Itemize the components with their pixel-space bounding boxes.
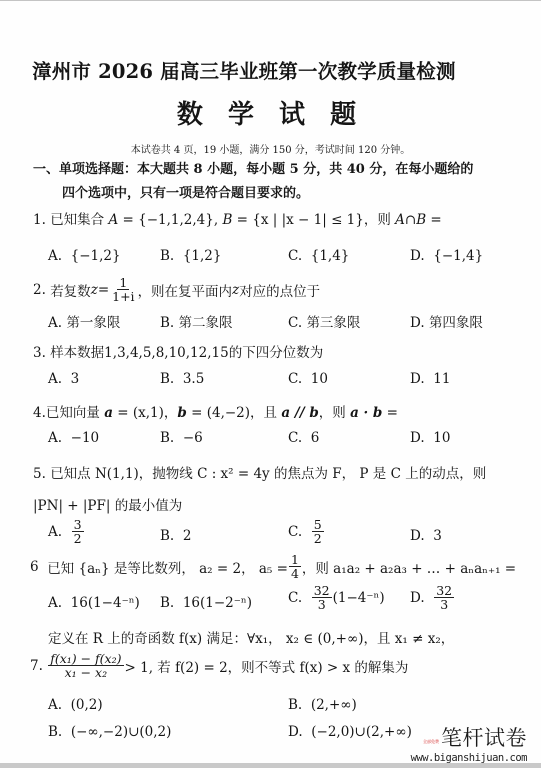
option-text: 10: [433, 430, 450, 446]
set-a-value: = {−1,1,2,4},: [123, 212, 223, 228]
bottom-border: [0, 763, 541, 768]
denominator: 2: [72, 532, 84, 545]
set-b-value: = {x | |x − 1| ≤ 1}: [237, 212, 364, 228]
parallel-expr: a // b: [281, 405, 318, 421]
subject-title: 数 学 试 题: [0, 94, 541, 131]
option-label: D.: [410, 371, 425, 387]
option-b[interactable]: B. 16(1−2⁻ⁿ): [160, 595, 252, 611]
option-text: 16(1−4⁻ⁿ): [71, 595, 140, 611]
question-5-stem: 5. 已知点 N(1,1)，抛物线 C : x² = 4y 的焦点为 F， P …: [33, 462, 486, 482]
option-text: 3: [433, 528, 442, 544]
vector-b: b: [177, 405, 186, 421]
option-label: D.: [410, 528, 425, 544]
option-text: 3.5: [183, 371, 204, 387]
denominator: 1+i: [110, 290, 136, 303]
option-label: A.: [48, 524, 62, 540]
option-label: D.: [410, 315, 425, 331]
fraction: 11+i: [110, 276, 136, 303]
stem-text: =: [426, 212, 442, 228]
exam-info: 本试卷共 4 页，19 小题，满分 150 分，考试时间 120 分钟。: [0, 141, 541, 156]
option-label: C.: [288, 524, 302, 540]
stem-text: |PN| + |PF| 的最小值为: [33, 498, 182, 514]
question-6-stem: 6 已知 {aₙ} 是等比数列， a₂ = 2， a₅ = 14 ，则 a₁a₂…: [30, 553, 516, 580]
question-7-preamble: 定义在 R 上的奇函数 f(x) 满足：∀x₁， x₂ ∈ (0,+∞)，且 x…: [48, 627, 454, 647]
option-label: A.: [48, 371, 62, 387]
stem-text: =: [98, 282, 109, 298]
denominator: 3: [316, 598, 328, 611]
option-text: 11: [433, 371, 450, 387]
vector-a: a: [104, 405, 113, 421]
option-a[interactable]: A. 第一象限: [48, 311, 120, 331]
option-text: (0,2): [71, 697, 103, 713]
stem-text: 已知向量: [46, 405, 104, 421]
option-d[interactable]: D. 第四象限: [410, 311, 483, 331]
option-label: B.: [48, 724, 62, 740]
option-text: 第一象限: [66, 315, 120, 331]
question-7-stem: 7. f(x₁) − f(x₂)x₁ − x₂ > 1, 若 f(2) = 2，…: [30, 652, 408, 679]
question-3-stem: 3. 样本数据1,3,4,5,8,10,12,15的下四分位数为: [33, 341, 323, 361]
option-a[interactable]: A. 3: [48, 371, 79, 387]
option-text: 10: [311, 371, 328, 387]
stem-text: > 1, 若 f(2) = 2，则不等式 f(x) > x 的解集为: [125, 656, 409, 676]
numerator: 1: [289, 553, 301, 567]
option-text: 第四象限: [429, 315, 483, 331]
stem-text: ，则在复平面内: [138, 280, 233, 300]
option-text: 第三象限: [306, 315, 360, 331]
option-text: (−2,0)∪(2,+∞): [311, 724, 412, 740]
watermark-tag: 全部免费: [423, 739, 439, 745]
numerator: 1: [117, 276, 129, 290]
fraction: 14: [289, 553, 301, 580]
question-1-stem: 1. 已知集合 A = {−1,1,2,4}, B = {x | |x − 1|…: [33, 208, 442, 228]
option-label: A.: [48, 315, 62, 331]
option-label: C.: [288, 248, 302, 264]
option-label: B.: [160, 528, 174, 544]
watermark: 全部免费笔杆试卷 www.biganshijuan.com: [411, 722, 527, 764]
option-a[interactable]: A. (0,2): [48, 697, 103, 713]
option-label: C.: [288, 590, 302, 606]
option-label: B.: [160, 430, 174, 446]
option-b[interactable]: B. 3.5: [160, 371, 204, 387]
stem-text: 已知 {aₙ} 是等比数列， a₂ = 2， a₅ =: [47, 557, 288, 577]
question-number: 7.: [30, 658, 43, 674]
denominator: 2: [312, 532, 324, 545]
numerator: 3: [72, 518, 84, 532]
option-text: −10: [71, 430, 100, 446]
exam-title: 漳州市 2026 届高三毕业班第一次教学质量检测: [32, 56, 456, 84]
option-text: {−1,4}: [433, 248, 483, 264]
option-label: B.: [160, 595, 174, 611]
question-number: 1.: [33, 212, 46, 228]
stem-text: 对应的点位于: [239, 280, 320, 300]
watermark-brand: 笔杆试卷: [441, 726, 527, 750]
option-c[interactable]: C. 323(1−4⁻ⁿ): [288, 584, 385, 611]
option-c[interactable]: C. 6: [288, 430, 319, 446]
option-d[interactable]: D. (−2,0)∪(2,+∞): [288, 724, 412, 740]
option-a[interactable]: A. {−1,2}: [48, 248, 121, 264]
option-label: A.: [48, 430, 62, 446]
section-line-2: 四个选项中，只有一项是符合题目要求的。: [33, 182, 473, 206]
denominator: 4: [289, 567, 301, 580]
option-a[interactable]: A. −10: [48, 430, 99, 446]
option-c[interactable]: C. 第三象限: [288, 311, 360, 331]
option-text: {1,4}: [311, 248, 350, 264]
option-b[interactable]: B. (2,+∞): [288, 697, 357, 713]
variable-z: z: [91, 282, 98, 298]
option-c[interactable]: C. {1,4}: [288, 248, 349, 264]
option-d[interactable]: D. 323: [410, 584, 455, 611]
stem-text: 样本数据1,3,4,5,8,10,12,15的下四分位数为: [50, 345, 323, 361]
fraction: 32: [72, 518, 84, 545]
question-number: 4.: [33, 405, 46, 421]
option-text: {−1,2}: [71, 248, 121, 264]
stem-text: ，则 a₁a₂ + a₂a₃ + … + aₙaₙ₊₁ =: [302, 557, 516, 577]
option-label: C.: [288, 430, 302, 446]
option-d[interactable]: D. 11: [410, 371, 450, 387]
option-b[interactable]: B. −6: [160, 430, 203, 446]
option-text: 3: [71, 371, 80, 387]
option-label: B.: [288, 697, 302, 713]
option-text: 16(1−2⁻ⁿ): [183, 595, 252, 611]
stem-text: =: [382, 405, 398, 421]
stem-text: ，则: [319, 405, 350, 421]
option-label: D.: [288, 724, 303, 740]
denominator: 3: [438, 598, 450, 611]
option-text: 第二象限: [179, 315, 233, 331]
option-label: D.: [410, 248, 425, 264]
set-a: A: [108, 212, 118, 228]
stem-text: 已知点 N(1,1)，抛物线 C : x² = 4y 的焦点为 F， P 是 C…: [50, 466, 486, 482]
question-5-stem-line2: |PN| + |PF| 的最小值为: [33, 494, 182, 514]
denominator: x₁ − x₂: [63, 666, 110, 679]
option-text: (2,+∞): [311, 697, 357, 713]
option-label: C.: [288, 315, 302, 331]
fraction: f(x₁) − f(x₂)x₁ − x₂: [48, 652, 123, 679]
fraction: 323: [434, 584, 454, 611]
fraction: 52: [312, 518, 324, 545]
question-number: 3.: [33, 345, 46, 361]
section-line-1: 一、单项选择题：本大题共 8 小题，每小题 5 分，共 40 分，在每小题给的: [33, 162, 473, 177]
option-text: (1−4⁻ⁿ): [333, 590, 385, 606]
option-label: A.: [48, 697, 62, 713]
stem-text: 若复数: [50, 280, 91, 300]
option-label: D.: [410, 590, 425, 606]
stem-text: ，则: [364, 212, 395, 228]
option-b[interactable]: B. 第二象限: [160, 311, 233, 331]
option-a[interactable]: A. 32: [48, 518, 85, 545]
question-4-stem: 4.已知向量 a = (x,1)，b = (4,−2)，且 a // b，则 a…: [33, 401, 398, 421]
stem-text: 已知集合: [50, 212, 108, 228]
variable-z: z: [232, 282, 239, 298]
option-text: {1,2}: [183, 248, 222, 264]
intersection-expr: A∩B: [395, 212, 426, 228]
option-label: B.: [160, 315, 174, 331]
option-b[interactable]: B. {1,2}: [160, 248, 221, 264]
option-label: C.: [288, 371, 302, 387]
stem-text: 定义在 R 上的奇函数 f(x) 满足：∀x₁， x₂ ∈ (0,+∞)，且 x…: [48, 631, 454, 647]
vector-a-value: = (x,1)，: [113, 405, 177, 421]
option-label: D.: [410, 430, 425, 446]
option-text: 6: [311, 430, 320, 446]
option-text: −6: [183, 430, 203, 446]
option-d[interactable]: D. {−1,4}: [410, 248, 483, 264]
vector-b-value: = (4,−2)，且: [187, 405, 282, 421]
option-d[interactable]: D. 3: [410, 528, 442, 544]
option-label: A.: [48, 595, 62, 611]
numerator: f(x₁) − f(x₂): [48, 652, 123, 666]
option-label: A.: [48, 248, 62, 264]
numerator: 32: [434, 584, 454, 598]
numerator: 5: [312, 518, 324, 532]
numerator: 32: [312, 584, 332, 598]
section-heading: 一、单项选择题：本大题共 8 小题，每小题 5 分，共 40 分，在每小题给的 …: [33, 158, 473, 206]
question-number: 2.: [33, 282, 46, 298]
fraction: 323: [312, 584, 332, 611]
option-a[interactable]: A. 16(1−4⁻ⁿ): [48, 595, 140, 611]
option-text: (−∞,−2)∪(0,2): [71, 724, 172, 740]
option-c[interactable]: C. 10: [288, 371, 328, 387]
question-number: 6: [30, 559, 39, 575]
question-number: 5.: [33, 466, 46, 482]
option-c[interactable]: C. 52: [288, 518, 325, 545]
option-label: B.: [160, 248, 174, 264]
option-b[interactable]: B. 2: [160, 528, 191, 544]
option-text: 2: [183, 528, 192, 544]
option-label: B.: [160, 371, 174, 387]
option-c[interactable]: B. (−∞,−2)∪(0,2): [48, 724, 171, 740]
dot-product-expr: a · b: [350, 405, 382, 421]
question-2-stem: 2. 若复数 z = 11+i ，则在复平面内 z 对应的点位于: [33, 276, 320, 303]
set-b: B: [222, 212, 232, 228]
option-d[interactable]: D. 10: [410, 430, 450, 446]
top-border: [0, 0, 541, 1]
